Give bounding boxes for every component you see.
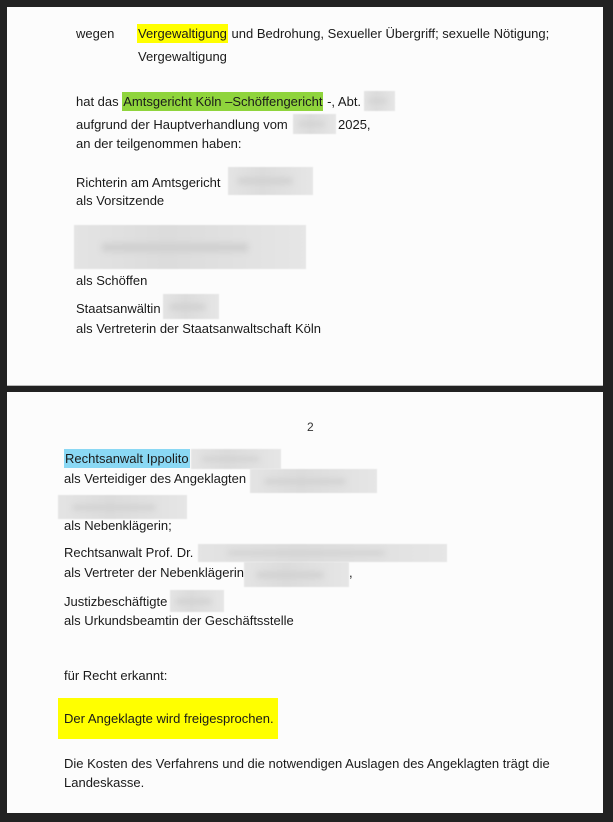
court-prefix: hat das [76,94,122,109]
costs-line-2: Landeskasse. [64,773,144,793]
redacted-hearing-date [293,114,336,134]
defense-role: als Verteidiger des Angeklagten [64,469,246,489]
charge-highlight: Vergewaltigung [137,24,228,43]
page-separator-top [7,385,603,386]
redacted-clerk-name [170,590,224,612]
document-page-1: wegen Vergewaltigung und Bedrohung, Sexu… [7,7,603,385]
redacted-defendant-name [250,469,377,493]
clerk-role: als Urkundsbeamtin der Geschäftsstelle [64,611,294,631]
coplaintiff-counsel-role: als Vertreter der Nebenklägerin [64,563,244,583]
defense-highlight: Rechtsanwalt Ippolito [64,449,190,468]
costs-line-1: Die Kosten des Verfahrens und die notwen… [64,754,550,774]
charge-label: wegen [76,24,114,44]
coplaintiff-counsel-comma: , [349,563,353,583]
redacted-lay-judges [74,225,306,269]
redacted-defense-name [191,449,281,469]
lay-judges-role: als Schöffen [76,271,147,291]
redacted-coplaintiff-name-2 [244,562,349,587]
hearing-prefix: aufgrund der Hauptverhandlung vom [76,115,288,135]
judge-role: als Vorsitzende [76,191,164,211]
charge-line-2: Vergewaltigung [138,47,227,67]
participants-intro: an der teilgenommen haben: [76,134,242,154]
hearing-year: 2025, [338,115,371,135]
prosecutor-role: als Vertreterin der Staatsanwaltschaft K… [76,319,321,339]
court-suffix: -, Abt. [323,94,361,109]
court-highlight: Amtsgericht Köln –Schöffengericht [122,92,323,111]
document-page-2: 2 Rechtsanwalt Ippolito als Verteidiger … [7,392,603,813]
charge-rest: und Bedrohung, Sexueller Übergriff; sexu… [228,26,549,41]
judge-title: Richterin am Amtsgericht [76,173,221,193]
clerk-title: Justizbeschäftigte [64,592,167,612]
prosecutor-title: Staatsanwältin [76,299,161,319]
redacted-judge-name [228,167,313,195]
verdict: Der Angeklagte wird freigesprochen. [64,709,274,729]
verdict-intro: für Recht erkannt: [64,666,167,686]
court-line: hat das Amtsgericht Köln –Schöffengerich… [76,92,361,112]
charge-line: Vergewaltigung und Bedrohung, Sexueller … [137,24,549,44]
redacted-department [364,91,395,111]
page-number: 2 [307,420,314,434]
coplaintiff-counsel-title: Rechtsanwalt Prof. Dr. [64,543,193,563]
defense-line: Rechtsanwalt Ippolito [64,449,190,469]
redacted-prosecutor-name [163,294,219,319]
coplaintiff-role: als Nebenklägerin; [64,516,172,536]
redacted-coplaintiff-counsel-name [198,544,447,562]
